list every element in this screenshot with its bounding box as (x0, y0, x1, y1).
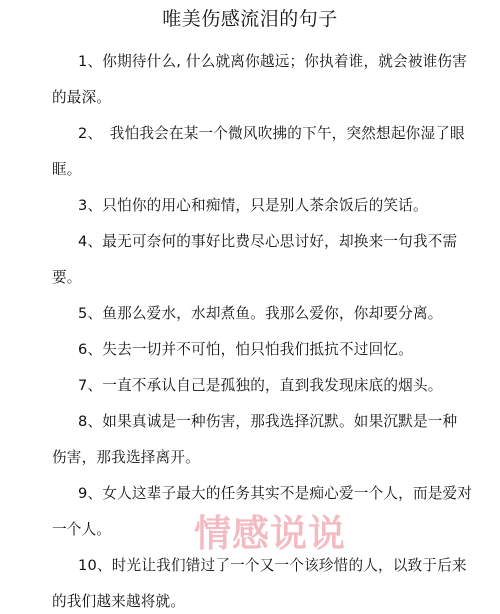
sentence-5-line-1: 5、鱼那么爱水，水却煮鱼。我那么爱你，你却要分离。 (78, 304, 443, 324)
sentence-2-line-1: 2、 我怕我会在某一个微风吹拂的下午，突然想起你湿了眼 (78, 124, 465, 144)
sentence-9-line-2: 一个人。 (52, 520, 111, 540)
sentence-9-line-1: 9、女人这辈子最大的任务其实不是痴心爱一个人，而是爱对 (78, 484, 472, 504)
sentence-4-line-1: 4、最无可奈何的事好比费尽心思讨好，却换来一句我不需 (78, 232, 457, 252)
sentence-3-line-1: 3、只怕你的用心和痴情，只是别人茶余饭后的笑话。 (78, 196, 428, 216)
sentence-2-line-2: 眶。 (52, 160, 82, 180)
sentence-10-line-1: 10、时光让我们错过了一个又一个该珍惜的人，以致于后来 (78, 556, 467, 576)
watermark-text: 情感说说 (194, 512, 346, 556)
sentence-10-line-2: 的我们越来越将就。 (52, 592, 185, 612)
sentence-8-line-2: 伤害，那我选择离开。 (52, 448, 200, 468)
sentence-1-line-1: 1、你期待什么, 什么就离你越远；你执着谁，就会被谁伤害 (78, 52, 467, 72)
sentence-8-line-1: 8、如果真诚是一种伤害，那我选择沉默。如果沉默是一种 (78, 412, 457, 432)
sentence-6-line-1: 6、失去一切并不可怕，怕只怕我们抵抗不过回忆。 (78, 340, 413, 360)
sentence-1-line-2: 的最深。 (52, 88, 111, 108)
document-title: 唯美伤感流泪的句子 (0, 6, 500, 32)
sentence-4-line-2: 要。 (52, 268, 82, 288)
sentence-7-line-1: 7、一直不承认自己是孤独的，直到我发现床底的烟头。 (78, 376, 443, 396)
